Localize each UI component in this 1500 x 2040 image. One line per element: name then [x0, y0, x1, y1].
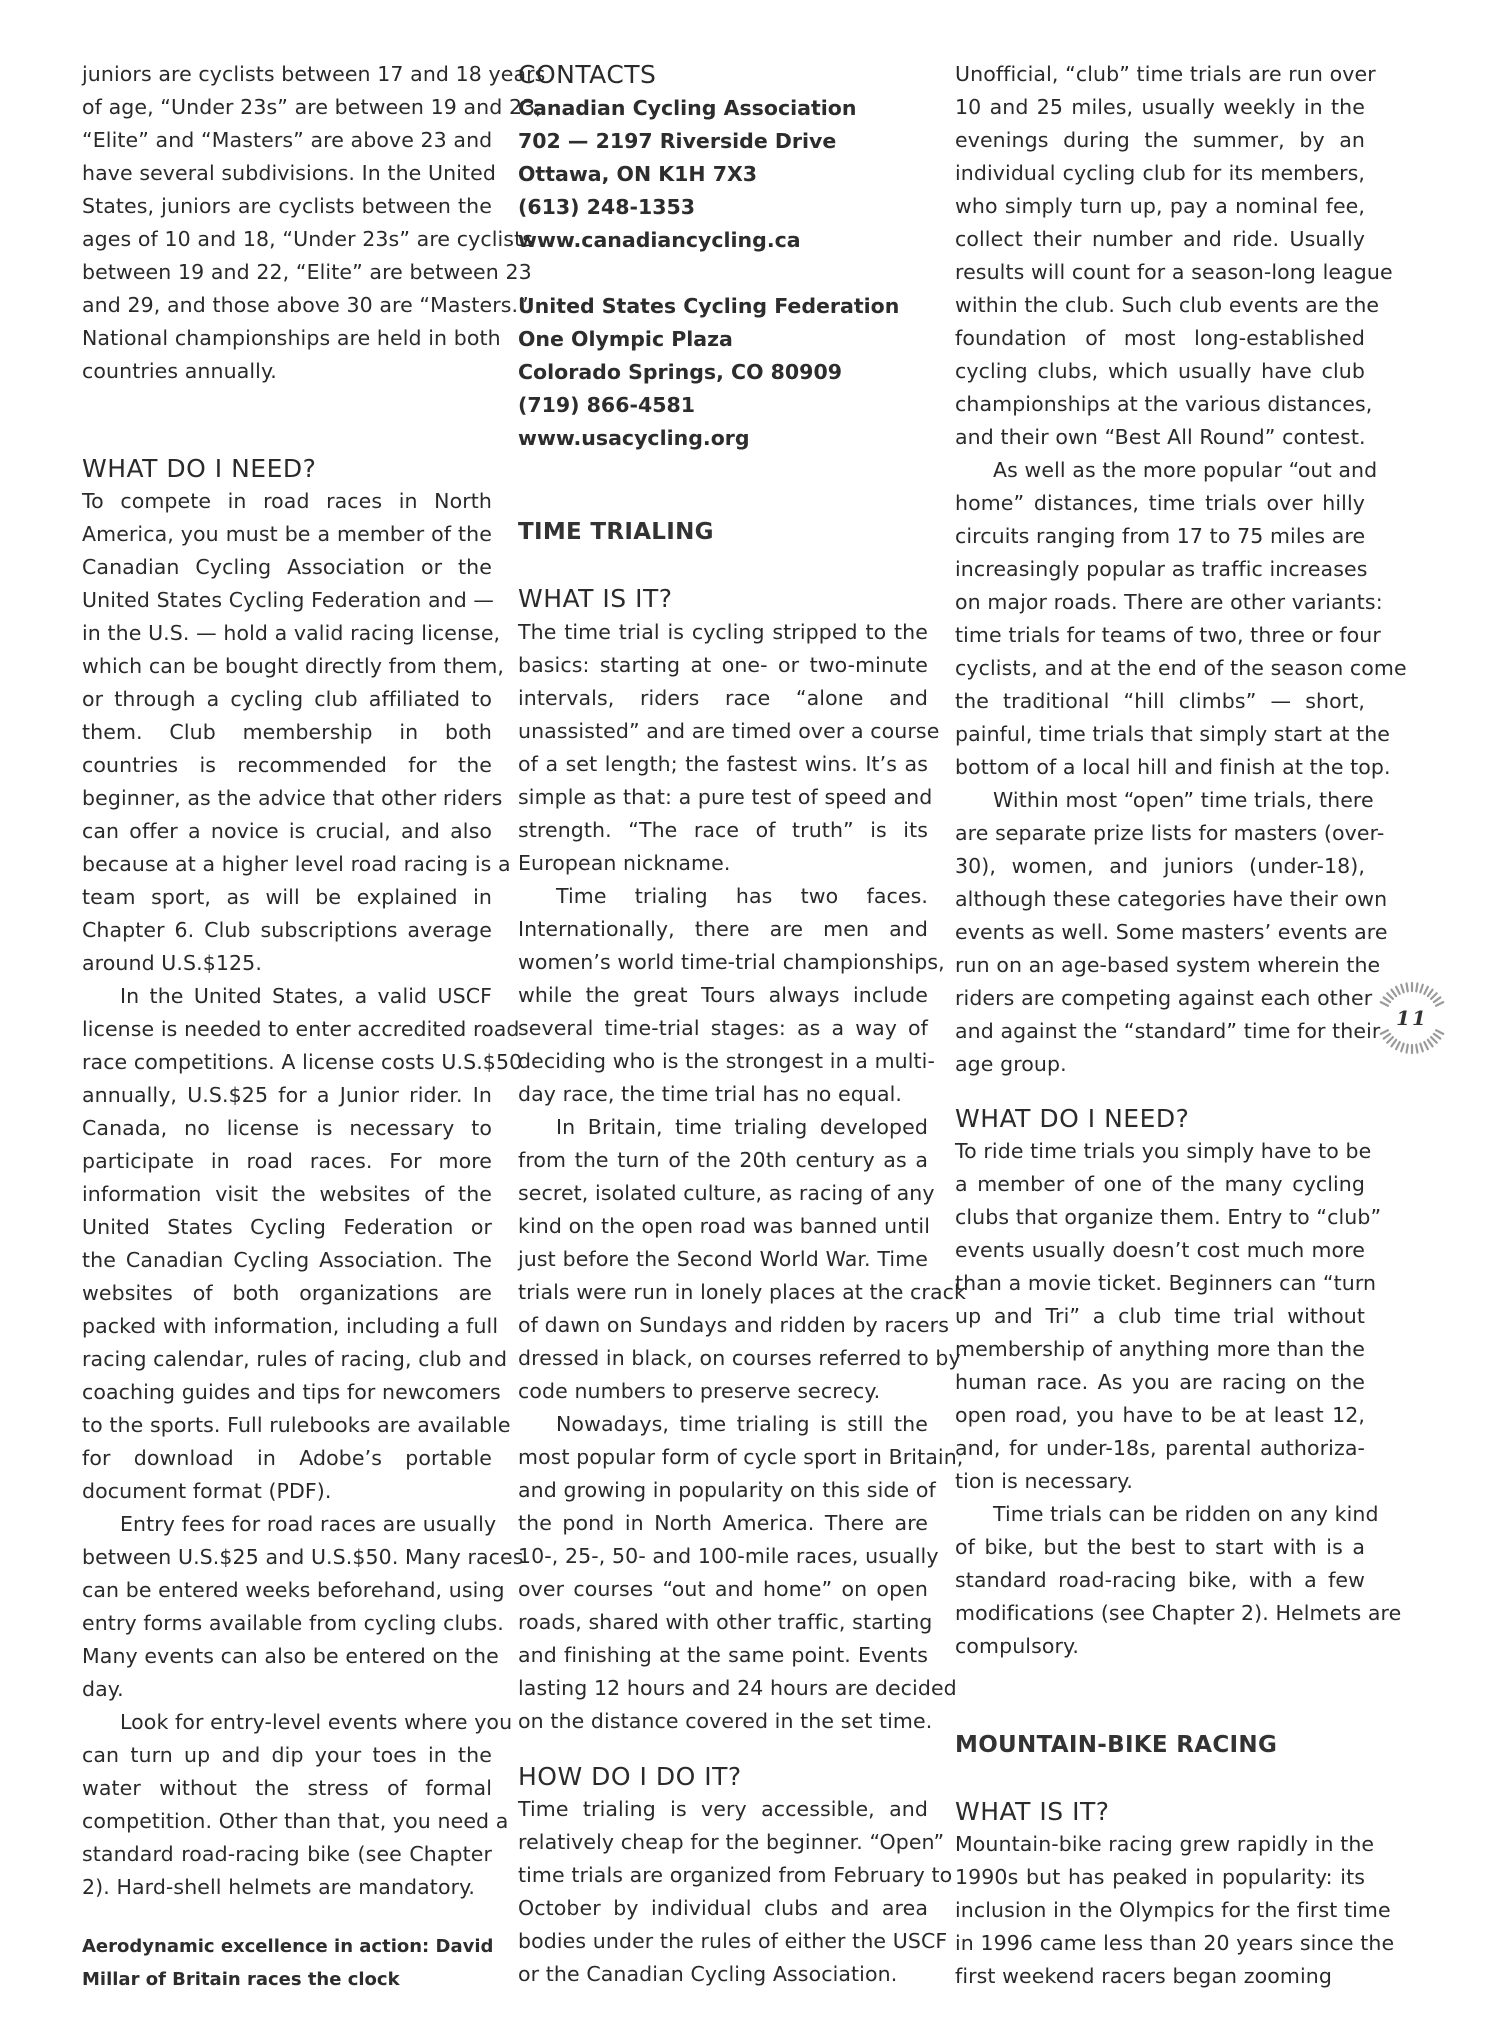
body-text-line: women’s world time-trial championships,: [518, 946, 928, 979]
body-text-line: Look for entry-level events where you: [82, 1706, 492, 1739]
body-text-line: while the great Tours always include: [518, 979, 928, 1012]
body-text-line: increasingly popular as traffic increase…: [955, 553, 1365, 586]
body-text-line: or the Canadian Cycling Association.: [518, 1958, 928, 1991]
body-text-line: the pond in North America. There are: [518, 1507, 928, 1540]
body-text-line: day.: [82, 1673, 492, 1706]
body-text-line: States, juniors are cyclists between the: [82, 190, 492, 223]
body-text-line: ages of 10 and 18, “Under 23s” are cycli…: [82, 223, 492, 256]
body-text-line: 1990s but has peaked in popularity: its: [955, 1861, 1365, 1894]
body-text-line: run on an age-based system wherein the: [955, 949, 1365, 982]
section-subheading: WHAT DO I NEED?: [955, 1102, 1189, 1136]
body-text-line: although these categories have their own: [955, 883, 1365, 916]
body-text-line: between U.S.$25 and U.S.$50. Many races: [82, 1541, 492, 1574]
body-text-line: between 19 and 22, “Elite” are between 2…: [82, 256, 492, 289]
body-text-line: open road, you have to be at least 12,: [955, 1399, 1365, 1432]
body-text-line: foundation of most long-established: [955, 322, 1365, 355]
body-text-line: and their own “Best All Round” contest.: [955, 421, 1365, 454]
body-text-line: several time-trial stages: as a way of: [518, 1012, 928, 1045]
body-text-line: day race, the time trial has no equal.: [518, 1078, 928, 1111]
body-text-line: age group.: [955, 1048, 1365, 1081]
body-text-line: on the distance covered in the set time.: [518, 1705, 928, 1738]
section-subheading: HOW DO I DO IT?: [518, 1760, 742, 1794]
contact-website: www.usacycling.org: [518, 422, 750, 455]
body-text-line: and against the “standard” time for thei…: [955, 1015, 1365, 1048]
body-text-line: bodies under the rules of either the USC…: [518, 1925, 928, 1958]
body-text-line: home” distances, time trials over hilly: [955, 487, 1365, 520]
body-text-line: human race. As you are racing on the: [955, 1366, 1365, 1399]
body-text-line: United States Cycling Federation or: [82, 1211, 492, 1244]
body-text-line: who simply turn up, pay a nominal fee,: [955, 190, 1365, 223]
body-text-line: In the United States, a valid USCF: [82, 980, 492, 1013]
body-text-line: can offer a novice is crucial, and also: [82, 815, 492, 848]
section-title: TIME TRIALING: [518, 515, 714, 549]
body-text-line: up and Tri” a club time trial without: [955, 1300, 1365, 1333]
body-text-line: inclusion in the Olympics for the first …: [955, 1894, 1365, 1927]
body-text-line: Unofficial, “club” time trials are run o…: [955, 58, 1365, 91]
body-text-line: just before the Second World War. Time: [518, 1243, 928, 1276]
body-text-line: results will count for a season-long lea…: [955, 256, 1365, 289]
body-text-line: the Canadian Cycling Association. The: [82, 1244, 492, 1277]
body-text-line: in 1996 came less than 20 years since th…: [955, 1927, 1365, 1960]
body-text-line: can turn up and dip your toes in the: [82, 1739, 492, 1772]
body-text-line: and growing in popularity on this side o…: [518, 1474, 928, 1507]
body-text-line: from the turn of the 20th century as a: [518, 1144, 928, 1177]
body-text-line: relatively cheap for the beginner. “Open…: [518, 1826, 928, 1859]
body-text-line: document format (PDF).: [82, 1475, 492, 1508]
body-text-line: can be entered weeks beforehand, using: [82, 1574, 492, 1607]
body-text-line: have several subdivisions. In the United: [82, 157, 492, 190]
contact-phone: (613) 248-1353: [518, 191, 695, 224]
section-subheading: WHAT DO I NEED?: [82, 452, 316, 486]
body-text-line: United States Cycling Federation and —: [82, 584, 492, 617]
body-text-line: trials were run in lonely places at the …: [518, 1276, 928, 1309]
photo-caption-line: Millar of Britain races the clock: [82, 1963, 400, 1996]
body-text-line: standard road-racing bike (see Chapter: [82, 1838, 492, 1871]
body-text-line: membership of anything more than the: [955, 1333, 1365, 1366]
contact-name: Canadian Cycling Association: [518, 92, 856, 125]
body-text-line: circuits ranging from 17 to 75 miles are: [955, 520, 1365, 553]
body-text-line: cyclists, and at the end of the season c…: [955, 652, 1365, 685]
body-text-line: October by individual clubs and area: [518, 1892, 928, 1925]
body-text-line: Canada, no license is necessary to: [82, 1112, 492, 1145]
body-text-line: because at a higher level road racing is…: [82, 848, 492, 881]
body-text-line: basics: starting at one- or two-minute: [518, 649, 928, 682]
body-text-line: are separate prize lists for masters (ov…: [955, 817, 1365, 850]
body-text-line: countries is recommended for the: [82, 749, 492, 782]
body-text-line: National championships are held in both: [82, 322, 492, 355]
contact-address1: 702 — 2197 Riverside Drive: [518, 125, 836, 158]
section-subheading: WHAT IS IT?: [518, 582, 673, 616]
body-text-line: race competitions. A license costs U.S.$…: [82, 1046, 492, 1079]
body-text-line: modifications (see Chapter 2). Helmets a…: [955, 1597, 1365, 1630]
body-text-line: entry forms available from cycling clubs…: [82, 1607, 492, 1640]
body-text-line: annually, U.S.$25 for a Junior rider. In: [82, 1079, 492, 1112]
body-text-line: within the club. Such club events are th…: [955, 289, 1365, 322]
body-text-line: 2). Hard-shell helmets are mandatory.: [82, 1871, 492, 1904]
body-text-line: in the U.S. — hold a valid racing licens…: [82, 617, 492, 650]
body-text-line: deciding who is the strongest in a multi…: [518, 1045, 928, 1078]
body-text-line: simple as that: a pure test of speed and: [518, 781, 928, 814]
body-text-line: competition. Other than that, you need a: [82, 1805, 492, 1838]
body-text-line: around U.S.$125.: [82, 947, 492, 980]
body-text-line: than a movie ticket. Beginners can “turn: [955, 1267, 1365, 1300]
body-text-line: a member of one of the many cycling: [955, 1168, 1365, 1201]
body-text-line: roads, shared with other traffic, starti…: [518, 1606, 928, 1639]
body-text-line: compulsory.: [955, 1630, 1365, 1663]
body-text-line: and 29, and those above 30 are “Masters.…: [82, 289, 492, 322]
body-text-line: evenings during the summer, by an: [955, 124, 1365, 157]
body-text-line: Chapter 6. Club subscriptions average: [82, 914, 492, 947]
body-text-line: strength. “The race of truth” is its: [518, 814, 928, 847]
body-text-line: In Britain, time trialing developed: [518, 1111, 928, 1144]
body-text-line: “Elite” and “Masters” are above 23 and: [82, 124, 492, 157]
body-text-line: first weekend racers began zooming: [955, 1960, 1365, 1993]
body-text-line: collect their number and ride. Usually: [955, 223, 1365, 256]
photo-caption-line: Aerodynamic excellence in action: David: [82, 1930, 493, 1963]
body-text-line: beginner, as the advice that other rider…: [82, 782, 492, 815]
contact-address1: One Olympic Plaza: [518, 323, 733, 356]
body-text-line: code numbers to preserve secrecy.: [518, 1375, 928, 1408]
body-text-line: water without the stress of formal: [82, 1772, 492, 1805]
body-text-line: packed with information, including a ful…: [82, 1310, 492, 1343]
body-text-line: To ride time trials you simply have to b…: [955, 1135, 1365, 1168]
body-text-line: for download in Adobe’s portable: [82, 1442, 492, 1475]
body-text-line: the traditional “hill climbs” — short,: [955, 685, 1365, 718]
body-text-line: them. Club membership in both: [82, 716, 492, 749]
body-text-line: of a set length; the fastest wins. It’s …: [518, 748, 928, 781]
body-text-line: 30), women, and juniors (under-18),: [955, 850, 1365, 883]
body-text-line: riders are competing against each other: [955, 982, 1365, 1015]
body-text-line: As well as the more popular “out and: [955, 454, 1365, 487]
body-text-line: and, for under-18s, parental authoriza-: [955, 1432, 1365, 1465]
body-text-line: unassisted” and are timed over a course: [518, 715, 928, 748]
body-text-line: lasting 12 hours and 24 hours are decide…: [518, 1672, 928, 1705]
body-text-line: coaching guides and tips for newcomers: [82, 1376, 492, 1409]
body-text-line: Canadian Cycling Association or the: [82, 551, 492, 584]
body-text-line: 10 and 25 miles, usually weekly in the: [955, 91, 1365, 124]
body-text-line: Time trialing has two faces.: [518, 880, 928, 913]
body-text-line: cycling clubs, which usually have club: [955, 355, 1365, 388]
body-text-line: Mountain-bike racing grew rapidly in the: [955, 1828, 1365, 1861]
body-text-line: Within most “open” time trials, there: [955, 784, 1365, 817]
body-text-line: participate in road races. For more: [82, 1145, 492, 1178]
contact-website: www.canadiancycling.ca: [518, 224, 801, 257]
body-text-line: standard road-racing bike, with a few: [955, 1564, 1365, 1597]
body-text-line: of bike, but the best to start with is a: [955, 1531, 1365, 1564]
body-text-line: Many events can also be entered on the: [82, 1640, 492, 1673]
body-text-line: or through a cycling club affiliated to: [82, 683, 492, 716]
body-text-line: The time trial is cycling stripped to th…: [518, 616, 928, 649]
body-text-line: championships at the various distances,: [955, 388, 1365, 421]
body-text-line: tion is necessary.: [955, 1465, 1365, 1498]
body-text-line: European nickname.: [518, 847, 928, 880]
body-text-line: over courses “out and home” on open: [518, 1573, 928, 1606]
body-text-line: Nowadays, time trialing is still the: [518, 1408, 928, 1441]
body-text-line: Entry fees for road races are usually: [82, 1508, 492, 1541]
contact-address2: Colorado Springs, CO 80909: [518, 356, 842, 389]
body-text-line: Time trials can be ridden on any kind: [955, 1498, 1365, 1531]
body-text-line: license is needed to enter accredited ro…: [82, 1013, 492, 1046]
body-text-line: dressed in black, on courses referred to…: [518, 1342, 928, 1375]
body-text-line: time trials for teams of two, three or f…: [955, 619, 1365, 652]
body-text-line: America, you must be a member of the: [82, 518, 492, 551]
body-text-line: on major roads. There are other variants…: [955, 586, 1365, 619]
body-text-line: individual cycling club for its members,: [955, 157, 1365, 190]
body-text-line: of dawn on Sundays and ridden by racers: [518, 1309, 928, 1342]
section-title: MOUNTAIN-BIKE RACING: [955, 1728, 1277, 1762]
contact-address2: Ottawa, ON K1H 7X3: [518, 158, 757, 191]
body-text-line: Time trialing is very accessible, and: [518, 1793, 928, 1826]
body-text-line: time trials are organized from February …: [518, 1859, 928, 1892]
body-text-line: clubs that organize them. Entry to “club…: [955, 1201, 1365, 1234]
contact-phone: (719) 866-4581: [518, 389, 695, 422]
body-text-line: secret, isolated culture, as racing of a…: [518, 1177, 928, 1210]
body-text-line: which can be bought directly from them,: [82, 650, 492, 683]
body-text-line: intervals, riders race “alone and: [518, 682, 928, 715]
body-text-line: team sport, as will be explained in: [82, 881, 492, 914]
body-text-line: websites of both organizations are: [82, 1277, 492, 1310]
body-text-line: juniors are cyclists between 17 and 18 y…: [82, 58, 492, 91]
body-text-line: information visit the websites of the: [82, 1178, 492, 1211]
contacts-heading: CONTACTS: [518, 58, 656, 92]
page-number: 11: [1374, 980, 1450, 1056]
contact-name: United States Cycling Federation: [518, 290, 899, 323]
page-number-badge: 11: [1374, 980, 1450, 1056]
body-text-line: countries annually.: [82, 355, 492, 388]
body-text-line: To compete in road races in North: [82, 485, 492, 518]
body-text-line: and finishing at the same point. Events: [518, 1639, 928, 1672]
body-text-line: racing calendar, rules of racing, club a…: [82, 1343, 492, 1376]
section-subheading: WHAT IS IT?: [955, 1795, 1110, 1829]
body-text-line: kind on the open road was banned until: [518, 1210, 928, 1243]
body-text-line: most popular form of cycle sport in Brit…: [518, 1441, 928, 1474]
body-text-line: painful, time trials that simply start a…: [955, 718, 1365, 751]
body-text-line: to the sports. Full rulebooks are availa…: [82, 1409, 492, 1442]
body-text-line: 10-, 25-, 50- and 100-mile races, usuall…: [518, 1540, 928, 1573]
body-text-line: events as well. Some masters’ events are: [955, 916, 1365, 949]
body-text-line: Internationally, there are men and: [518, 913, 928, 946]
body-text-line: of age, “Under 23s” are between 19 and 2…: [82, 91, 492, 124]
body-text-line: bottom of a local hill and finish at the…: [955, 751, 1365, 784]
body-text-line: events usually doesn’t cost much more: [955, 1234, 1365, 1267]
